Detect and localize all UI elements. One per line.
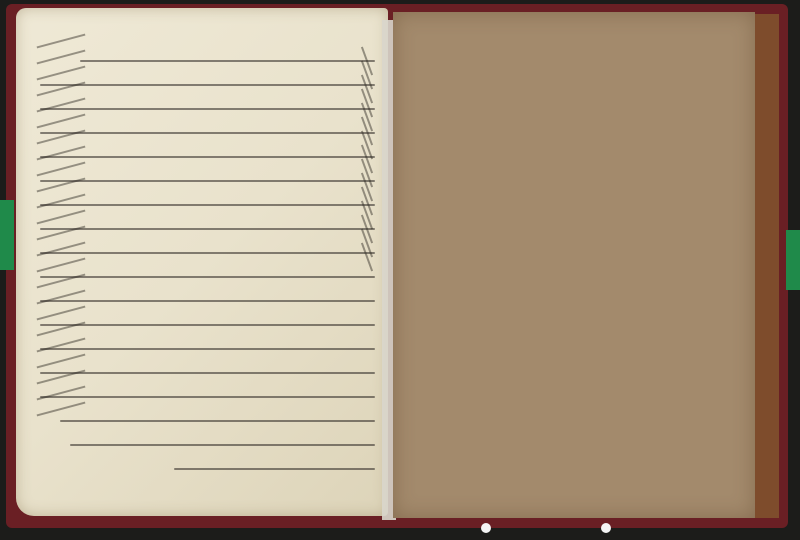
green-tab-left bbox=[0, 200, 14, 270]
scene-description: Open bound manuscript: left page densely… bbox=[0, 0, 1, 1]
blank-pastedown-page bbox=[393, 12, 755, 518]
marker-dot bbox=[481, 523, 491, 533]
cover-board-edge bbox=[755, 14, 779, 518]
green-tab-right bbox=[786, 230, 800, 290]
main-text-block bbox=[40, 60, 375, 492]
marker-dot bbox=[601, 523, 611, 533]
right-margin-notes bbox=[352, 60, 382, 270]
